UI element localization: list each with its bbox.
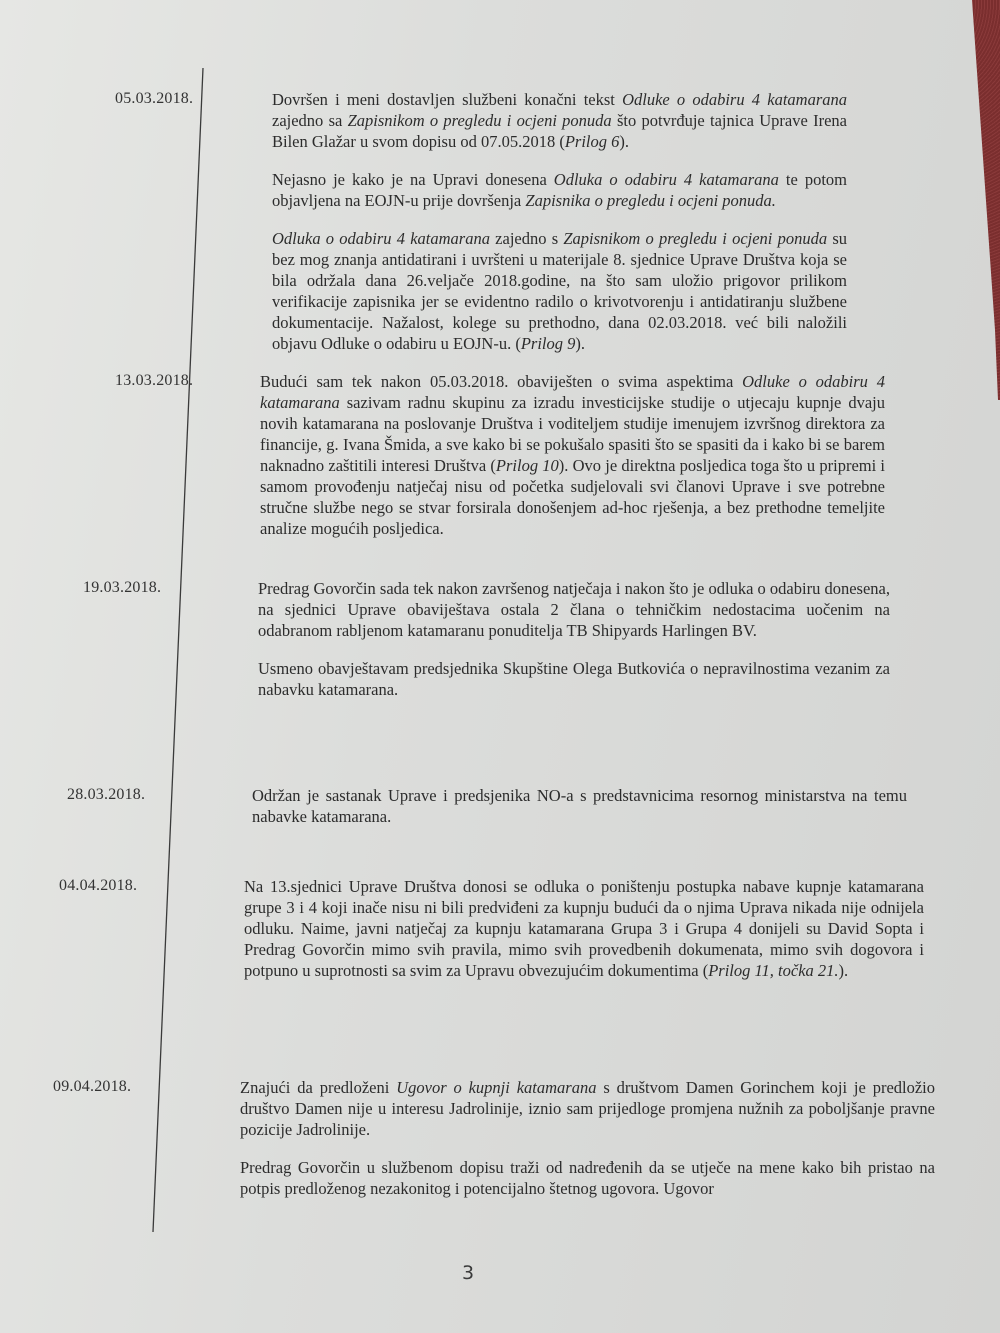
entry-text: Budući sam tek nakon 05.03.2018. obavije… bbox=[260, 371, 885, 556]
leather-background bbox=[900, 0, 1000, 400]
entry-text: Znajući da predloženi Ugovor o kupnji ka… bbox=[240, 1077, 935, 1216]
entry-date: 09.04.2018. bbox=[53, 1078, 131, 1096]
entry-date: 19.03.2018. bbox=[83, 579, 161, 597]
paragraph: Usmeno obavještavam predsjednika Skupšti… bbox=[258, 658, 890, 700]
entry-date: 28.03.2018. bbox=[67, 786, 145, 804]
entry-text: Predrag Govorčin sada tek nakon završeno… bbox=[258, 578, 890, 717]
paragraph: Nejasno je kako je na Upravi donesena Od… bbox=[272, 169, 847, 211]
entry-date: 04.04.2018. bbox=[59, 877, 137, 895]
page-number: 3 bbox=[462, 1262, 474, 1284]
paragraph: Budući sam tek nakon 05.03.2018. obavije… bbox=[260, 371, 885, 539]
paragraph: Na 13.sjednici Uprave Društva donosi se … bbox=[244, 876, 924, 981]
paragraph: Znajući da predloženi Ugovor o kupnji ka… bbox=[240, 1077, 935, 1140]
entry-date: 13.03.2018. bbox=[115, 372, 193, 390]
paragraph: Predrag Govorčin u službenom dopisu traž… bbox=[240, 1157, 935, 1199]
entry-text: Na 13.sjednici Uprave Društva donosi se … bbox=[244, 876, 924, 998]
entry-text: Dovršen i meni dostavljen službeni konač… bbox=[272, 89, 847, 371]
paragraph: Dovršen i meni dostavljen službeni konač… bbox=[272, 89, 847, 152]
entry-text: Održan je sastanak Uprave i predsjenika … bbox=[252, 785, 907, 844]
entry-date: 05.03.2018. bbox=[115, 90, 193, 108]
paragraph: Odluka o odabiru 4 katamarana zajedno s … bbox=[272, 228, 847, 354]
paragraph: Održan je sastanak Uprave i predsjenika … bbox=[252, 785, 907, 827]
paragraph: Predrag Govorčin sada tek nakon završeno… bbox=[258, 578, 890, 641]
